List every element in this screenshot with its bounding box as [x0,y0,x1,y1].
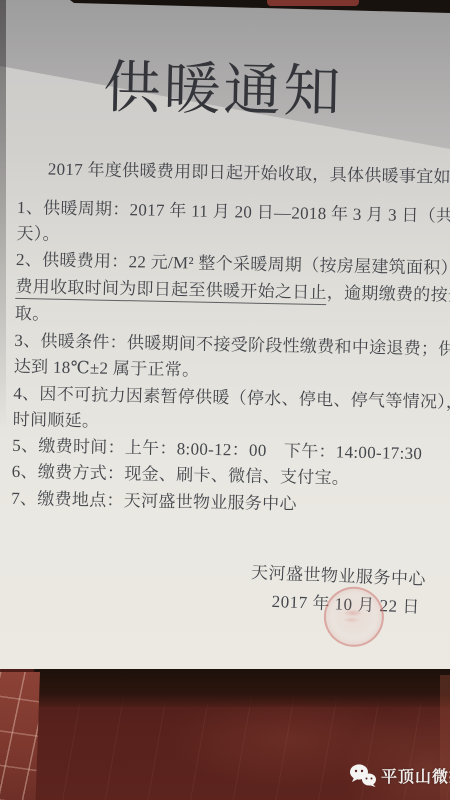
item5-line: 5、缴费时间：上午：8:00-12：00 下午：14:00-17:30 [12,435,422,465]
notice-title: 供暖通知 [103,42,345,129]
background-red-object [267,0,359,6]
item4-line2: 时间顺延。 [13,409,100,433]
item1-line1: 1、供暖周期：2017 年 11 月 20 日—2018 年 3 月 3 日（共… [17,197,450,229]
notice-paper: 供暖通知 2017 年度供暖费用即日起开始收取，具体供暖事宜如下： 1、供暖周期… [0,0,450,669]
watermark-label: 平顶山微报 [381,764,450,787]
item2-line2-plain: ，逾期缴费的按全额收 [327,283,450,305]
item3-line2: 达到 18℃±2 属于正常。 [14,356,200,382]
floor-tiles [0,672,40,800]
item2-line2: 费用收取时间为即日起至供暖开始之日止，逾期缴费的按全额收 [15,276,450,308]
red-seal-stamp [323,586,384,647]
item6-line: 6、缴费方式：现金、刷卡、微信、支付宝。 [12,461,350,490]
item2-line1: 2、供暖费用：22 元/M² 整个采暖周期（按房屋建筑面积）。供暖 [16,249,450,281]
notice-content: 供暖通知 2017 年度供暖费用即日起开始收取，具体供暖事宜如下： 1、供暖周期… [0,0,450,678]
watermark: 平顶山微报 [350,764,450,787]
item2-line1-plain: 2、供暖费用：22 元/M² 整个采暖周期（按房屋建筑面积）。 [16,250,450,278]
wechat-icon [350,764,376,787]
shadow-band [34,669,450,707]
item2-line2-underlined: 费用收取时间为即日起至供暖开始之日止 [15,277,327,305]
item2-line3: 取。 [15,303,50,326]
notice-intro: 2017 年度供暖费用即日起开始收取，具体供暖事宜如下： [48,159,450,190]
item7-line: 7、缴费地点：天河盛世物业服务中心 [11,488,297,516]
item1-line2: 天）。 [16,223,60,246]
notice-photo: 供暖通知 2017 年度供暖费用即日起开始收取，具体供暖事宜如下： 1、供暖周期… [0,0,450,800]
